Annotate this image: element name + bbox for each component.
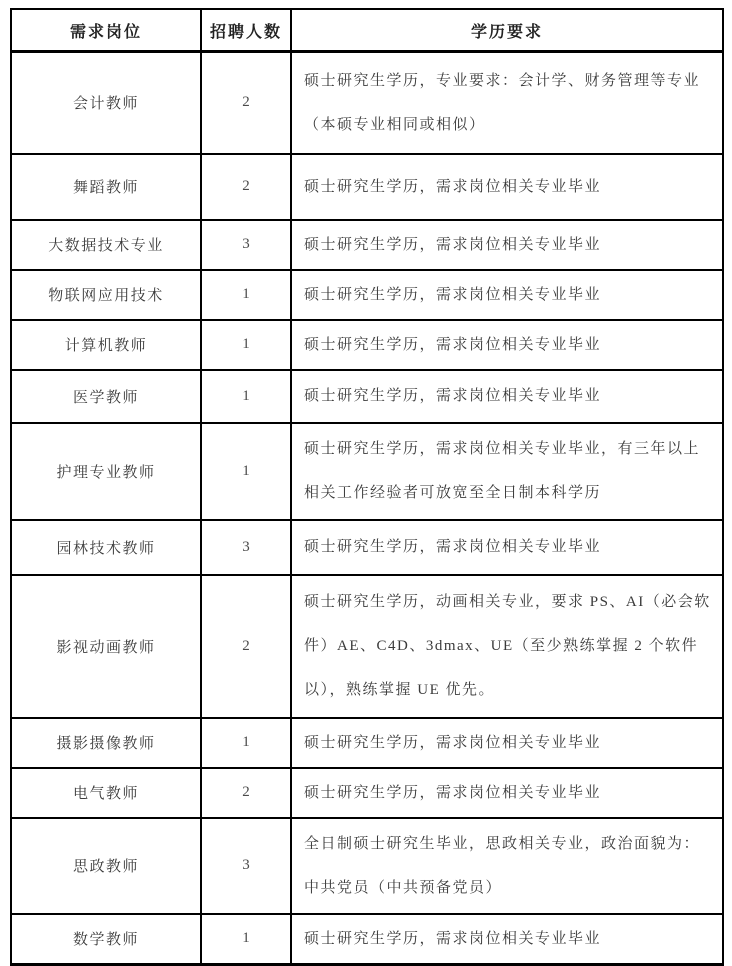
table-row: 计算机教师1硕士研究生学历，需求岗位相关专业毕业 (11, 320, 723, 370)
requirement-cell: 硕士研究生学历，需求岗位相关专业毕业 (291, 768, 723, 818)
requirement-cell: 硕士研究生学历，需求岗位相关专业毕业 (291, 320, 723, 370)
header-requirement: 学历要求 (291, 9, 723, 52)
requirement-cell: 硕士研究生学历，需求岗位相关专业毕业 (291, 914, 723, 965)
position-cell: 大数据技术专业 (11, 220, 201, 270)
requirement-cell: 硕士研究生学历，需求岗位相关专业毕业 (291, 270, 723, 320)
table-row: 摄影摄像教师1硕士研究生学历，需求岗位相关专业毕业 (11, 718, 723, 768)
count-cell: 1 (201, 914, 291, 965)
count-cell: 1 (201, 423, 291, 520)
position-cell: 护理专业教师 (11, 423, 201, 520)
requirement-cell: 全日制硕士研究生毕业，思政相关专业，政治面貌为：中共党员（中共预备党员） (291, 818, 723, 914)
count-cell: 3 (201, 220, 291, 270)
table-body: 会计教师2硕士研究生学历，专业要求：会计学、财务管理等专业（本硕专业相同或相似）… (11, 52, 723, 965)
header-position: 需求岗位 (11, 9, 201, 52)
position-cell: 摄影摄像教师 (11, 718, 201, 768)
table-row: 大数据技术专业3硕士研究生学历，需求岗位相关专业毕业 (11, 220, 723, 270)
position-cell: 数学教师 (11, 914, 201, 965)
count-cell: 1 (201, 718, 291, 768)
requirement-cell: 硕士研究生学历，需求岗位相关专业毕业 (291, 370, 723, 423)
position-cell: 计算机教师 (11, 320, 201, 370)
recruitment-table-container: 需求岗位 招聘人数 学历要求 会计教师2硕士研究生学历，专业要求：会计学、财务管… (10, 8, 724, 966)
requirement-cell: 硕士研究生学历，需求岗位相关专业毕业，有三年以上相关工作经验者可放宽至全日制本科… (291, 423, 723, 520)
table-row: 护理专业教师1硕士研究生学历，需求岗位相关专业毕业，有三年以上相关工作经验者可放… (11, 423, 723, 520)
table-row: 影视动画教师2硕士研究生学历，动画相关专业，要求 PS、AI（必会软件）AE、C… (11, 575, 723, 718)
position-cell: 会计教师 (11, 52, 201, 154)
requirement-cell: 硕士研究生学历，需求岗位相关专业毕业 (291, 718, 723, 768)
table-row: 物联网应用技术1硕士研究生学历，需求岗位相关专业毕业 (11, 270, 723, 320)
requirement-cell: 硕士研究生学历，需求岗位相关专业毕业 (291, 154, 723, 220)
count-cell: 2 (201, 575, 291, 718)
count-cell: 1 (201, 270, 291, 320)
position-cell: 医学教师 (11, 370, 201, 423)
recruitment-table: 需求岗位 招聘人数 学历要求 会计教师2硕士研究生学历，专业要求：会计学、财务管… (10, 8, 724, 966)
table-row: 医学教师1硕士研究生学历，需求岗位相关专业毕业 (11, 370, 723, 423)
table-row: 数学教师1硕士研究生学历，需求岗位相关专业毕业 (11, 914, 723, 965)
count-cell: 2 (201, 768, 291, 818)
requirement-cell: 硕士研究生学历，专业要求：会计学、财务管理等专业（本硕专业相同或相似） (291, 52, 723, 154)
count-cell: 1 (201, 370, 291, 423)
position-cell: 电气教师 (11, 768, 201, 818)
count-cell: 2 (201, 52, 291, 154)
table-row: 思政教师3全日制硕士研究生毕业，思政相关专业，政治面貌为：中共党员（中共预备党员… (11, 818, 723, 914)
position-cell: 园林技术教师 (11, 520, 201, 575)
table-row: 电气教师2硕士研究生学历，需求岗位相关专业毕业 (11, 768, 723, 818)
table-row: 园林技术教师3硕士研究生学历，需求岗位相关专业毕业 (11, 520, 723, 575)
table-row: 舞蹈教师2硕士研究生学历，需求岗位相关专业毕业 (11, 154, 723, 220)
header-count: 招聘人数 (201, 9, 291, 52)
header-row: 需求岗位 招聘人数 学历要求 (11, 9, 723, 52)
count-cell: 1 (201, 320, 291, 370)
count-cell: 2 (201, 154, 291, 220)
position-cell: 思政教师 (11, 818, 201, 914)
position-cell: 物联网应用技术 (11, 270, 201, 320)
position-cell: 舞蹈教师 (11, 154, 201, 220)
requirement-cell: 硕士研究生学历，需求岗位相关专业毕业 (291, 520, 723, 575)
count-cell: 3 (201, 520, 291, 575)
table-row: 会计教师2硕士研究生学历，专业要求：会计学、财务管理等专业（本硕专业相同或相似） (11, 52, 723, 154)
requirement-cell: 硕士研究生学历，需求岗位相关专业毕业 (291, 220, 723, 270)
requirement-cell: 硕士研究生学历，动画相关专业，要求 PS、AI（必会软件）AE、C4D、3dma… (291, 575, 723, 718)
position-cell: 影视动画教师 (11, 575, 201, 718)
count-cell: 3 (201, 818, 291, 914)
